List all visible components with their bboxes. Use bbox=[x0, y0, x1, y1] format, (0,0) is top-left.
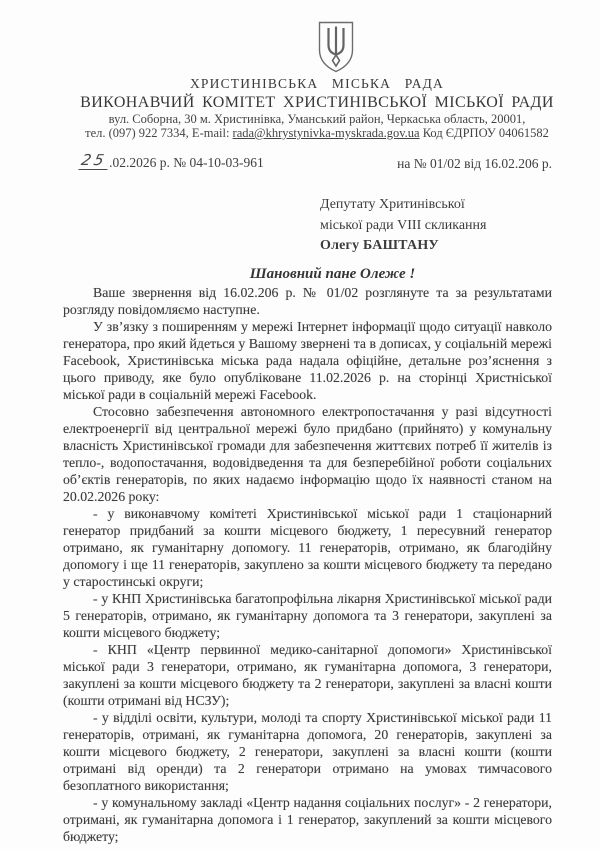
recipient-block: Депутату Хритинівської міської ради VIII… bbox=[320, 195, 542, 257]
org-address-line: вул. Соборна, 30 м. Христинівка, Уманськ… bbox=[42, 112, 592, 126]
contact-suffix: Код ЄДРПОУ 04061582 bbox=[420, 126, 549, 140]
org-contact-line: тел. (097) 922 7334, E-mail: rada@khryst… bbox=[42, 126, 592, 140]
recipient-line2: міської ради VIII скликання bbox=[320, 216, 542, 237]
salutation: Шановний пане Олеже ! bbox=[65, 266, 600, 283]
body-paragraph: Ваше звернення від 16.02.206 р. № 01/02 … bbox=[63, 284, 552, 318]
body-paragraph: - у комунальному закладі «Центр надання … bbox=[63, 794, 552, 845]
scanned-letter-page: ХРИСТИНІВСЬКА МІСЬКА РАДА ВИКОНАВЧИЙ КОМ… bbox=[0, 0, 600, 849]
recipient-line1: Депутату Хритинівської bbox=[320, 195, 542, 216]
email-text: rada@khrystynivka-myskrada.gov.ua bbox=[233, 126, 420, 140]
handwritten-day: 25 bbox=[78, 151, 111, 170]
body-paragraph: - у КНП Христинівська багатопрофільна лі… bbox=[63, 590, 552, 641]
org-name-line1: ХРИСТИНІВСЬКА МІСЬКА РАДА bbox=[42, 75, 592, 93]
outgoing-reference: 25.02.2026 р. № 04-10-03-961 bbox=[80, 153, 264, 172]
incoming-reference: на № 01/02 від 16.02.206 р. bbox=[397, 153, 552, 172]
letter-body: Ваше звернення від 16.02.206 р. № 01/02 … bbox=[63, 284, 552, 845]
body-paragraph: Стосовно забезпечення автономного електр… bbox=[63, 403, 552, 505]
body-paragraph: - у виконавчому комітеті Христинівської … bbox=[63, 505, 552, 590]
outgoing-reference-rest: .02.2026 р. № 04-10-03-961 bbox=[109, 155, 264, 170]
trident-emblem-icon bbox=[316, 21, 356, 73]
body-paragraph: - у відділі освіти, культури, молоді та … bbox=[63, 709, 552, 794]
contact-prefix: тел. (097) 922 7334, E-mail: bbox=[85, 126, 232, 140]
body-paragraph: - КНП «Центр первинної медико-санітарної… bbox=[63, 641, 552, 709]
org-name-line2: ВИКОНАВЧИЙ КОМІТЕТ ХРИСТИНІВСЬКОЇ МІСЬКО… bbox=[42, 93, 592, 112]
letterhead: ХРИСТИНІВСЬКА МІСЬКА РАДА ВИКОНАВЧИЙ КОМ… bbox=[42, 75, 592, 140]
reference-row: 25.02.2026 р. № 04-10-03-961 на № 01/02 … bbox=[80, 153, 552, 172]
recipient-name: Олегу БАШТАНУ bbox=[320, 236, 542, 257]
body-paragraph: У зв’язку з поширенням у мережі Інтернет… bbox=[63, 318, 552, 403]
